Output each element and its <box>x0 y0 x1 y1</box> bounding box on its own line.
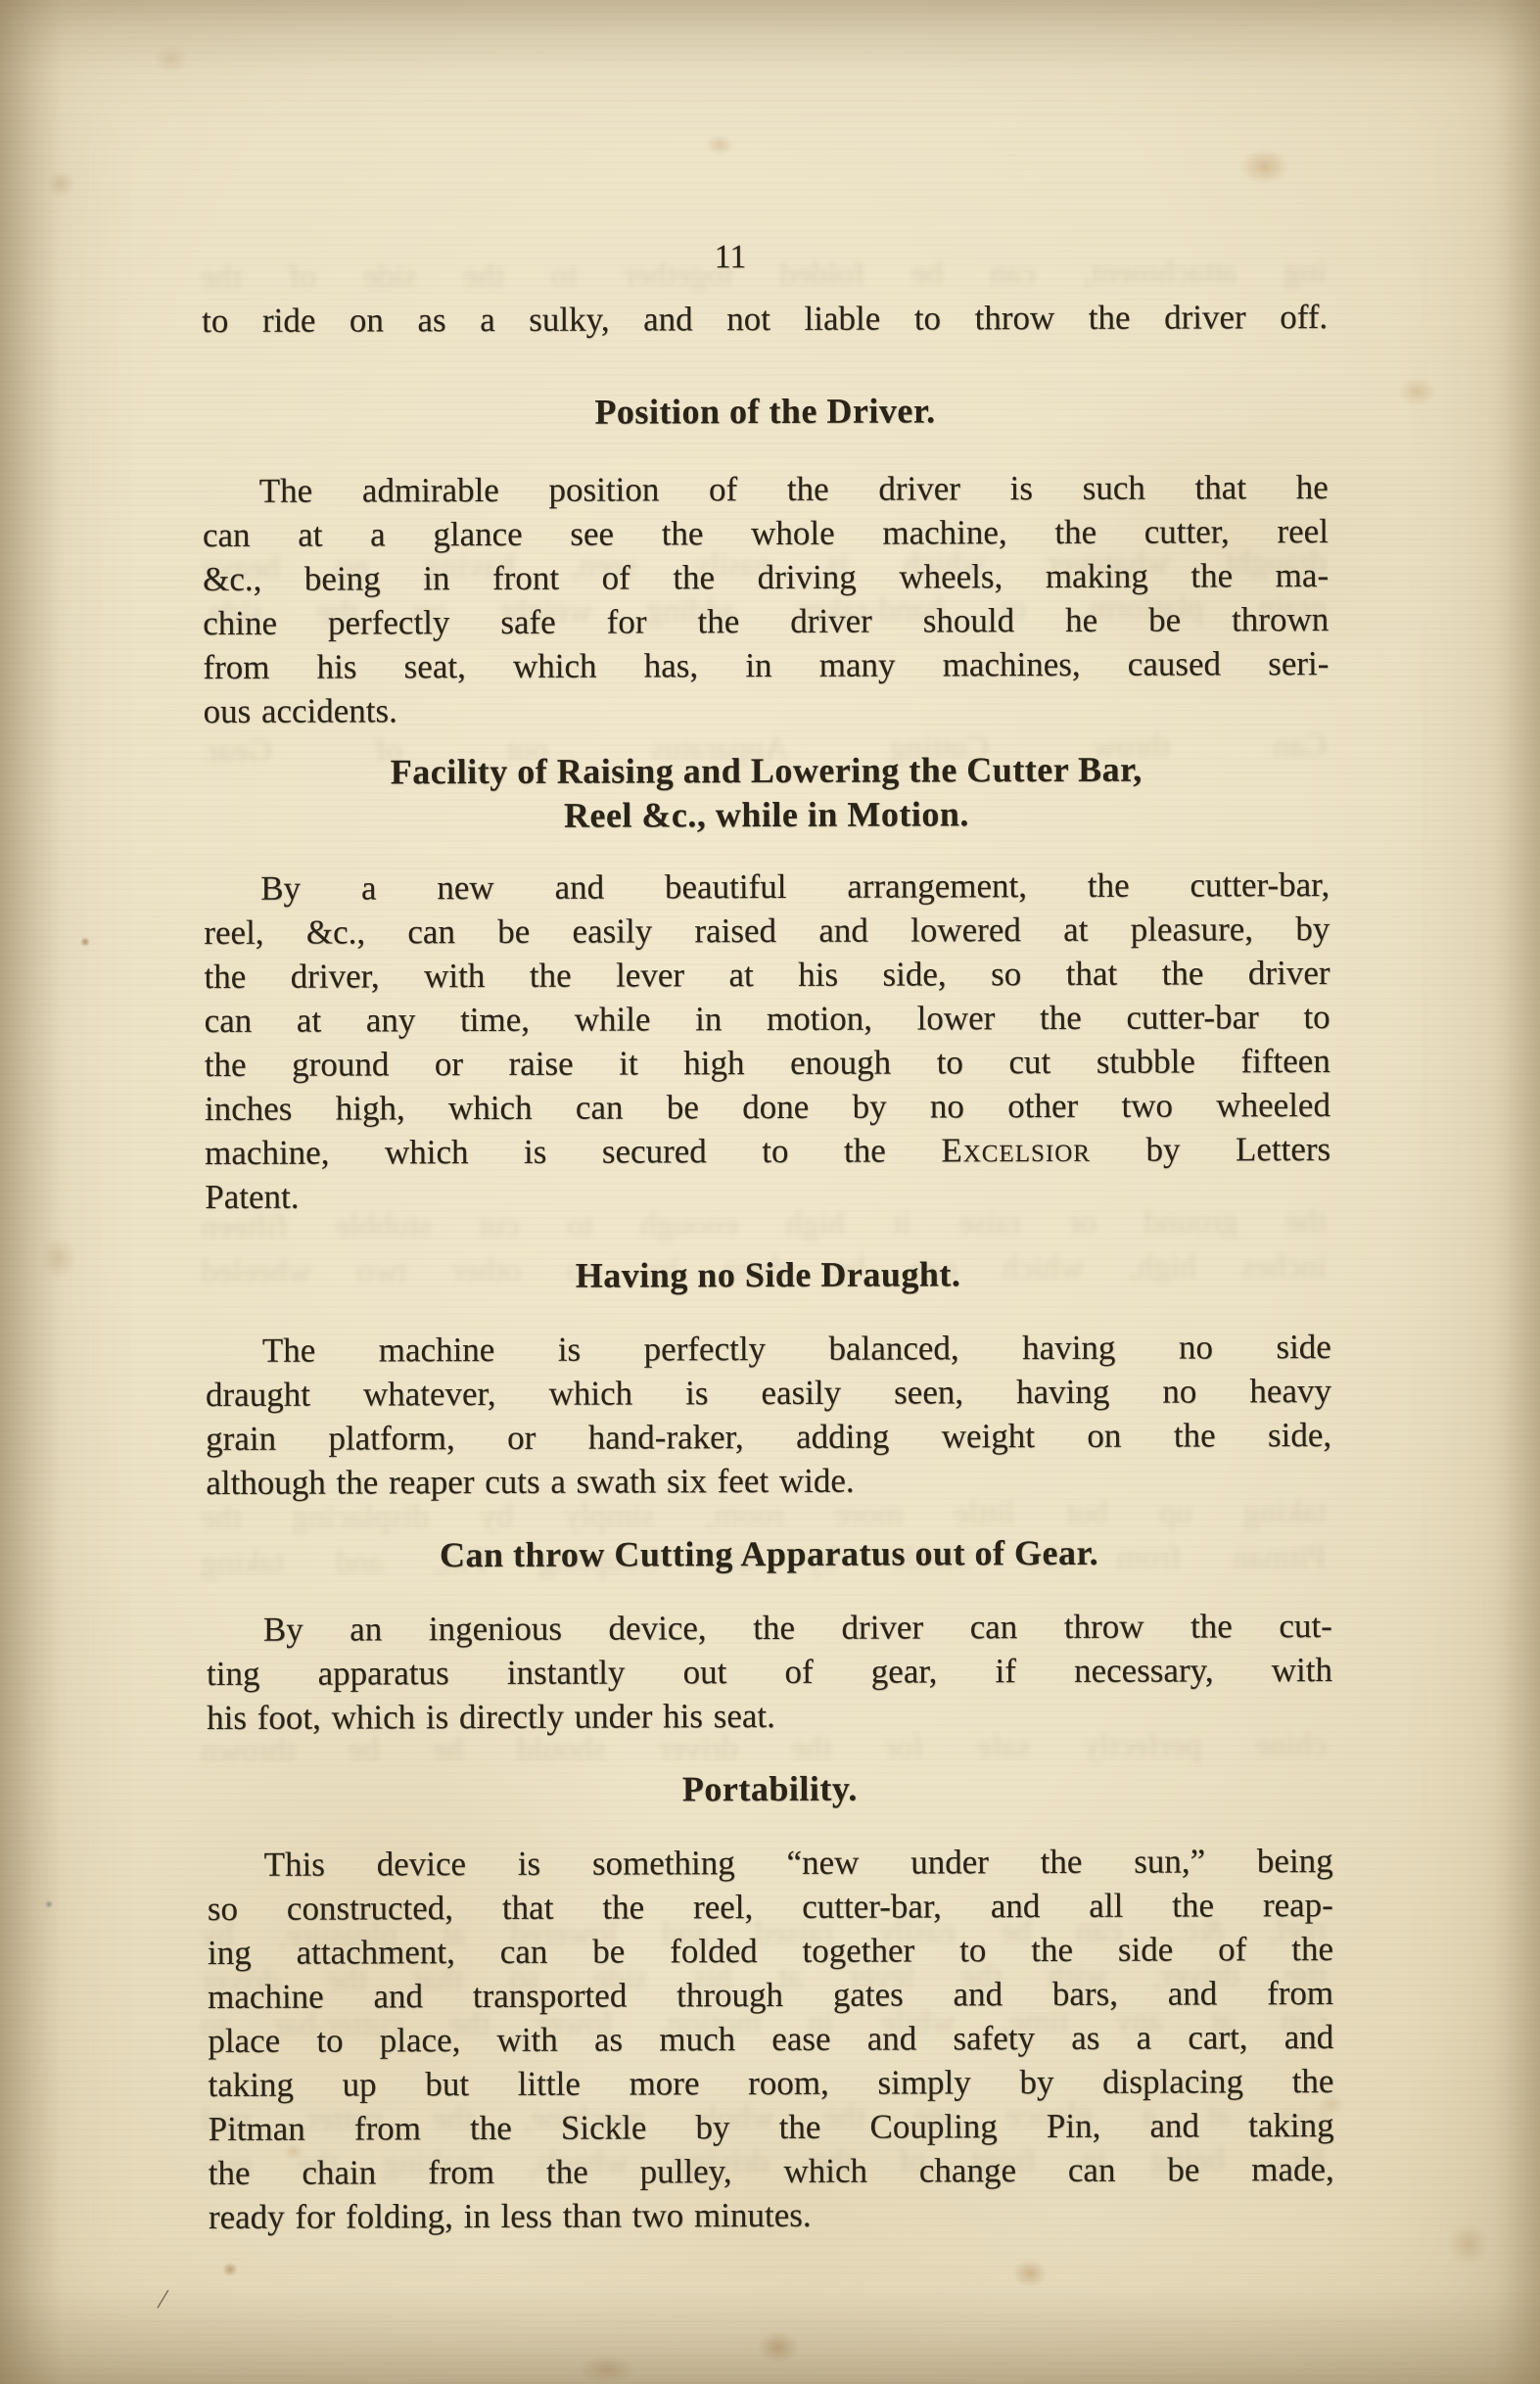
text-line: The machine is perfectly balanced, havin… <box>206 1325 1331 1373</box>
text-line: taking up but little more room, simply b… <box>208 2059 1333 2107</box>
paragraph: By an ingenious device, the driver can t… <box>207 1604 1332 1740</box>
section-heading-portability: Portability. <box>207 1765 1332 1813</box>
text-line: inches high, which can be done by no oth… <box>205 1083 1330 1131</box>
page-text-block: 11 to ride on as a sulky, and not liable… <box>201 0 1327 2</box>
text-line: chine perfectly safe for the driver shou… <box>203 597 1329 645</box>
paragraph: The machine is perfectly balanced, havin… <box>206 1325 1332 1505</box>
text-line: draught whatever, which is easily seen, … <box>206 1369 1331 1417</box>
text-line: can at a glance see the whole machine, t… <box>203 509 1329 557</box>
section-heading-position-of-driver: Position of the Driver. <box>202 388 1328 436</box>
text-line: the chain from the pulley, which change … <box>209 2147 1334 2195</box>
text-line-excelsior: machine, which is secured to the Excelsi… <box>205 1127 1330 1175</box>
text-line: The admirable position of the driver is … <box>203 465 1329 513</box>
text-line: from his seat, which has, in many machin… <box>203 641 1329 689</box>
text-line: the ground or raise it high enough to cu… <box>205 1039 1330 1087</box>
section-heading-no-side-draught: Having no Side Draught. <box>205 1251 1330 1299</box>
text-line: so constructed, that the reel, cutter-ba… <box>208 1883 1333 1931</box>
section-heading-throw-out-of-gear: Can throw Cutting Apparatus out of Gear. <box>206 1530 1331 1578</box>
text-line: ing attachment, can be folded together t… <box>208 1927 1333 1975</box>
text-line: ting apparatus instantly out of gear, if… <box>207 1648 1332 1696</box>
text-line: By a new and beautiful arrangement, the … <box>204 863 1330 911</box>
paragraph: This device is something “new under the … <box>208 1839 1334 2239</box>
text-line: machine and transported through gates an… <box>208 1971 1333 2019</box>
text-line: although the reaper cuts a swath six fee… <box>206 1457 1331 1505</box>
text-line: By an ingenious device, the driver can t… <box>207 1604 1332 1652</box>
continuation-line: to ride on as a sulky, and not liable to… <box>202 295 1328 343</box>
text-line: This device is something “new under the … <box>208 1839 1333 1887</box>
text-line: &c., being in front of the driving wheel… <box>203 553 1329 601</box>
text-line: Patent. <box>205 1171 1330 1219</box>
paragraph: By a new and beautiful arrangement, the … <box>204 863 1330 1219</box>
text-line: grain platform, or hand-raker, adding we… <box>206 1413 1331 1461</box>
book-page-scan: ing attachment, can be folded together t… <box>0 0 1540 2384</box>
pen-mark: / <box>156 2283 170 2317</box>
text-line: his foot, which is directly under his se… <box>207 1692 1332 1740</box>
page-number: 11 <box>167 233 1293 281</box>
text-line: ous accidents. <box>203 685 1329 733</box>
text-line: ready for folding, in less than two minu… <box>209 2191 1334 2239</box>
excelsior-smallcaps: Excelsior <box>941 1131 1091 1170</box>
text-line: reel, &c., can be easily raised and lowe… <box>204 907 1330 955</box>
text-line: place to place, with as much ease and sa… <box>208 2015 1333 2063</box>
text-line: can at any time, while in motion, lower … <box>205 995 1330 1043</box>
text-line: the driver, with the lever at his side, … <box>204 951 1330 999</box>
text-line: Pitman from the Sickle by the Coupling P… <box>209 2103 1334 2151</box>
section-heading-facility-raising-lowering: Facility of Raising and Lowering the Cut… <box>204 747 1330 839</box>
paragraph: The admirable position of the driver is … <box>203 465 1330 733</box>
